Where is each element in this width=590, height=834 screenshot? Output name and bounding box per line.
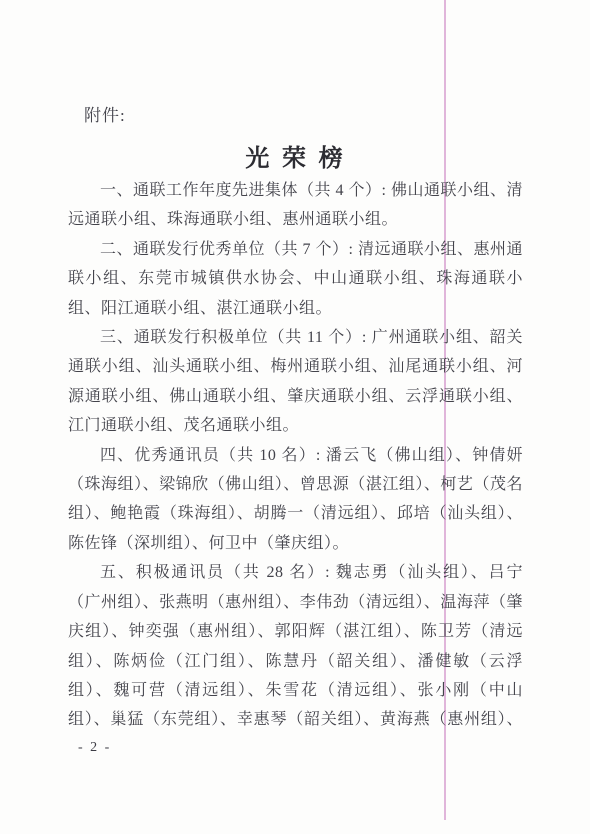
honor-list-paragraph-excellent-units: 二、通联发行优秀单位（共 7 个）: 清远通联小组、惠州通联小组、东莞市城镇供水… (68, 235, 523, 323)
honor-list-paragraph-active-units: 三、通联发行积极单位（共 11 个）: 广州通联小组、韶关通联小组、汕头通联小组… (68, 323, 523, 441)
attachment-label: 附件: (84, 101, 126, 126)
document-body: 一、通联工作年度先进集体（共 4 个）: 佛山通联小组、清远通联小组、珠海通联小… (68, 176, 523, 734)
honor-list-paragraph-active-correspondents: 五、积极通讯员（共 28 名）: 魏志勇（汕头组）、吕宁（广州组）、张燕明（惠州… (68, 558, 523, 734)
page-number: - 2 - (78, 740, 111, 756)
page-title: 光 荣 榜 (68, 138, 523, 173)
honor-list-paragraph-excellent-correspondents: 四、优秀通讯员（共 10 名）: 潘云飞（佛山组）、钟倩妍（珠海组）、梁锦欣（佛… (68, 441, 523, 559)
honor-list-paragraph-advanced-collectives: 一、通联工作年度先进集体（共 4 个）: 佛山通联小组、清远通联小组、珠海通联小… (68, 176, 523, 235)
scanned-document-page: 附件: 光 荣 榜 一、通联工作年度先进集体（共 4 个）: 佛山通联小组、清远… (0, 0, 590, 834)
